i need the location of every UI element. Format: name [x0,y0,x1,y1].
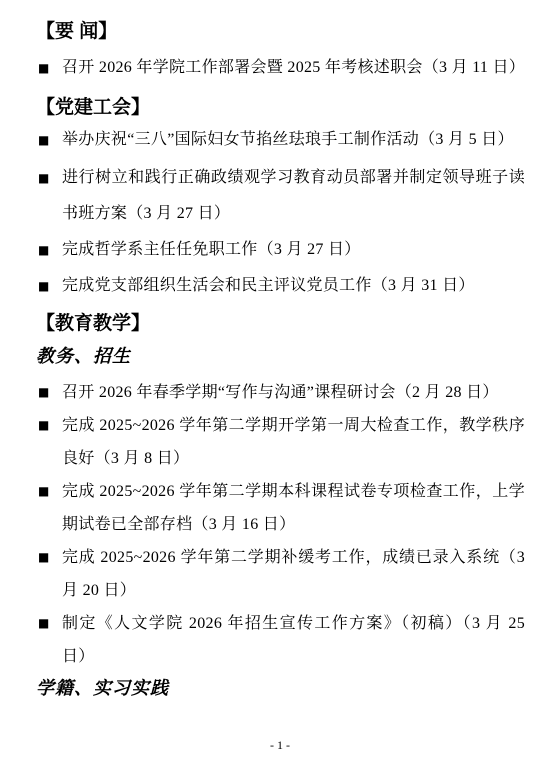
list-item: ■ 召开 2026 年学院工作部署会暨 2025 年考核述职会（3 月 11 日… [36,50,525,86]
list-item: ■ 制定《人文学院 2026 年招生宣传工作方案》（初稿）（3 月 25 日） [36,607,525,673]
list-item: ■ 举办庆祝“三八”国际妇女节掐丝珐琅手工制作活动（3 月 5 日） [36,122,525,158]
square-bullet-icon: ■ [38,607,50,640]
list-item: ■ 完成党支部组织生活会和民主评议党员工作（3 月 31 日） [36,268,525,304]
section-title-dangjian: 【党建工会】 [36,96,525,120]
list-item: ■ 完成 2025~2026 学年第二学期补缓考工作，成绩已录入系统（3 月 2… [36,541,525,607]
list-item-text: 完成 2025~2026 学年第二学期本科课程试卷专项检查工作，上学期试卷已全部… [62,483,525,533]
section-party-union: 【党建工会】 ■ 举办庆祝“三八”国际妇女节掐丝珐琅手工制作活动（3 月 5 日… [36,96,525,304]
section-education: 【教育教学】 教务、招生 ■ 召开 2026 年春季学期“写作与沟通”课程研讨会… [36,312,525,701]
square-bullet-icon: ■ [38,232,50,268]
section-news: 【要 闻】 ■ 召开 2026 年学院工作部署会暨 2025 年考核述职会（3 … [36,20,525,86]
list-item-text: 举办庆祝“三八”国际妇女节掐丝珐琅手工制作活动（3 月 5 日） [62,131,514,148]
list-item: ■ 进行树立和践行正确政绩观学习教育动员部署并制定领导班子读书班方案（3 月 2… [36,160,525,232]
list-item-text: 完成党支部组织生活会和民主评议党员工作（3 月 31 日） [62,277,475,294]
square-bullet-icon: ■ [38,122,50,158]
square-bullet-icon: ■ [38,50,50,86]
square-bullet-icon: ■ [38,160,50,196]
section-title-jiaoyu: 【教育教学】 [36,312,525,336]
list-item-text: 制定《人文学院 2026 年招生宣传工作方案》（初稿）（3 月 25 日） [62,615,525,665]
square-bullet-icon: ■ [38,409,50,442]
square-bullet-icon: ■ [38,475,50,508]
list-item-text: 召开 2026 年春季学期“写作与沟通”课程研讨会（2 月 28 日） [62,384,499,401]
list-item-text: 完成哲学系主任任免职工作（3 月 27 日） [62,241,361,258]
list-item: ■ 完成 2025~2026 学年第二学期本科课程试卷专项检查工作，上学期试卷已… [36,475,525,541]
square-bullet-icon: ■ [38,541,50,574]
subsection-title-jiaowu: 教务、招生 [36,344,525,368]
subsection-title-xueji: 学籍、实习实践 [36,675,525,701]
section-title-yaowen: 【要 闻】 [36,20,525,44]
page-number: - 1 - [0,738,560,753]
list-item: ■ 召开 2026 年春季学期“写作与沟通”课程研讨会（2 月 28 日） [36,376,525,409]
list-item: ■ 完成 2025~2026 学年第二学期开学第一周大检查工作，教学秩序良好（3… [36,409,525,475]
square-bullet-icon: ■ [38,376,50,409]
list-item-text: 进行树立和践行正确政绩观学习教育动员部署并制定领导班子读书班方案（3 月 27 … [62,169,525,222]
list-item: ■ 完成哲学系主任任免职工作（3 月 27 日） [36,232,525,268]
document-page: 【要 闻】 ■ 召开 2026 年学院工作部署会暨 2025 年考核述职会（3 … [0,0,560,775]
list-item-text: 完成 2025~2026 学年第二学期补缓考工作，成绩已录入系统（3 月 20 … [62,549,525,599]
list-item-text: 完成 2025~2026 学年第二学期开学第一周大检查工作，教学秩序良好（3 月… [62,417,525,467]
list-item-text: 召开 2026 年学院工作部署会暨 2025 年考核述职会（3 月 11 日） [62,59,525,76]
document-body: 【要 闻】 ■ 召开 2026 年学院工作部署会暨 2025 年考核述职会（3 … [36,0,525,701]
square-bullet-icon: ■ [38,268,50,304]
